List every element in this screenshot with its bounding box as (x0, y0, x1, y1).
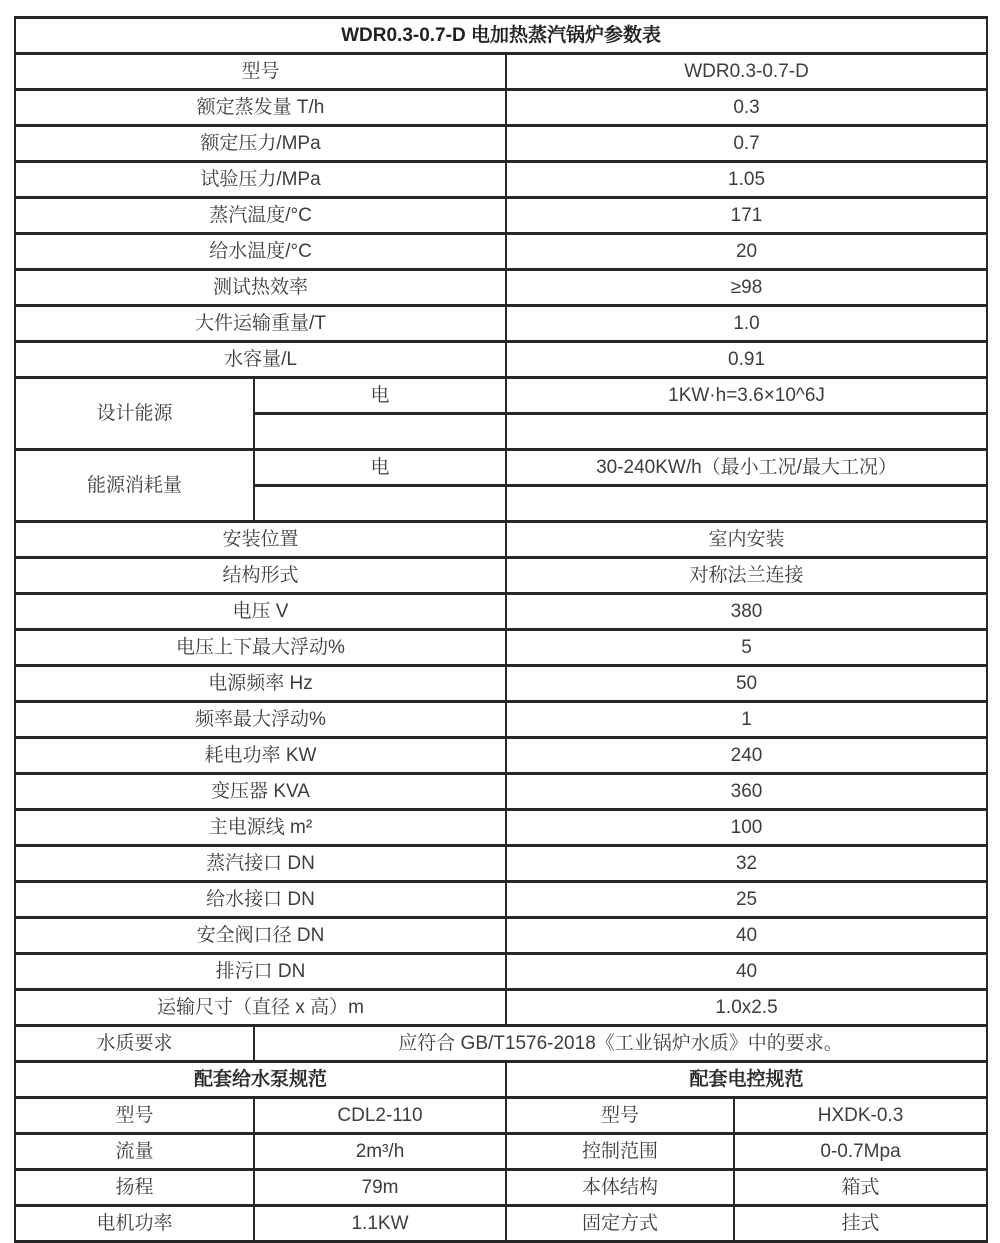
param-row: 蒸汽温度/°C 171 (15, 198, 987, 234)
param-row: 耗电功率 KW 240 (15, 738, 987, 774)
param-value: 20 (506, 234, 987, 270)
param-value: 1.05 (506, 162, 987, 198)
param-value: 40 (506, 954, 987, 990)
table-title-row: WDR0.3-0.7-D 电加热蒸汽锅炉参数表 (15, 18, 987, 54)
pump-spec-value: 1.1KW (254, 1206, 506, 1242)
param-label: 试验压力/MPa (15, 162, 506, 198)
param-row: 排污口 DN 40 (15, 954, 987, 990)
energy-value-empty (506, 414, 987, 450)
param-row: 电压 V 380 (15, 594, 987, 630)
param-value: 0.3 (506, 90, 987, 126)
param-label: 电源频率 Hz (15, 666, 506, 702)
param-row: 水容量/L 0.91 (15, 342, 987, 378)
param-row: 额定压力/MPa 0.7 (15, 126, 987, 162)
param-row: 安装位置 室内安装 (15, 522, 987, 558)
boiler-parameter-table: WDR0.3-0.7-D 电加热蒸汽锅炉参数表 型号 WDR0.3-0.7-D … (14, 16, 988, 1243)
param-label: 结构形式 (15, 558, 506, 594)
param-label: 排污口 DN (15, 954, 506, 990)
param-row: 给水温度/°C 20 (15, 234, 987, 270)
param-row: 蒸汽接口 DN 32 (15, 846, 987, 882)
param-label: 大件运输重量/T (15, 306, 506, 342)
param-row: 给水接口 DN 25 (15, 882, 987, 918)
param-row: 电压上下最大浮动% 5 (15, 630, 987, 666)
document-page: WDR0.3-0.7-D 电加热蒸汽锅炉参数表 型号 WDR0.3-0.7-D … (0, 0, 1000, 1190)
pump-spec-label: 扬程 (15, 1170, 254, 1206)
param-row: 大件运输重量/T 1.0 (15, 306, 987, 342)
energy-section-row: 设计能源 电 1KW·h=3.6×10^6J (15, 378, 987, 414)
param-row: 额定蒸发量 T/h 0.3 (15, 90, 987, 126)
param-value: ≥98 (506, 270, 987, 306)
param-row: 主电源线 m² 100 (15, 810, 987, 846)
param-label: 蒸汽温度/°C (15, 198, 506, 234)
param-label: 运输尺寸（直径 x 高）m (15, 990, 506, 1026)
param-label: 主电源线 m² (15, 810, 506, 846)
param-label: 型号 (15, 54, 506, 90)
water-quality-row: 水质要求 应符合 GB/T1576-2018《工业锅炉水质》中的要求。 (15, 1026, 987, 1062)
param-value: WDR0.3-0.7-D (506, 54, 987, 90)
param-value: 32 (506, 846, 987, 882)
param-value: 380 (506, 594, 987, 630)
param-label: 变压器 KVA (15, 774, 506, 810)
param-value: 171 (506, 198, 987, 234)
param-value: 240 (506, 738, 987, 774)
accessories-row: 扬程 79m 本体结构 箱式 (15, 1170, 987, 1206)
param-value: 100 (506, 810, 987, 846)
energy-section-label: 能源消耗量 (15, 450, 254, 522)
energy-value: 1KW·h=3.6×10^6J (506, 378, 987, 414)
param-label: 电压上下最大浮动% (15, 630, 506, 666)
energy-value-empty (506, 486, 987, 522)
param-row: 测试热效率 ≥98 (15, 270, 987, 306)
accessories-row: 流量 2m³/h 控制范围 0-0.7Mpa (15, 1134, 987, 1170)
accessories-header-row: 配套给水泵规范 配套电控规范 (15, 1062, 987, 1098)
param-value: 1.0x2.5 (506, 990, 987, 1026)
control-spec-header: 配套电控规范 (506, 1062, 987, 1098)
pump-spec-label: 流量 (15, 1134, 254, 1170)
param-label: 额定蒸发量 T/h (15, 90, 506, 126)
energy-type-cell: 电 (254, 378, 506, 414)
param-value: 25 (506, 882, 987, 918)
energy-section-label: 设计能源 (15, 378, 254, 450)
param-row: 试验压力/MPa 1.05 (15, 162, 987, 198)
param-row: 型号 WDR0.3-0.7-D (15, 54, 987, 90)
water-quality-label: 水质要求 (15, 1026, 254, 1062)
param-label: 水容量/L (15, 342, 506, 378)
param-label: 电压 V (15, 594, 506, 630)
param-value: 室内安装 (506, 522, 987, 558)
control-spec-value: 挂式 (734, 1206, 987, 1242)
param-row: 电源频率 Hz 50 (15, 666, 987, 702)
pump-spec-label: 型号 (15, 1098, 254, 1134)
param-value: 1.0 (506, 306, 987, 342)
control-spec-label: 固定方式 (506, 1206, 734, 1242)
control-spec-value: 0-0.7Mpa (734, 1134, 987, 1170)
param-label: 安全阀口径 DN (15, 918, 506, 954)
pump-spec-value: 2m³/h (254, 1134, 506, 1170)
param-label: 额定压力/MPa (15, 126, 506, 162)
accessories-row: 电机功率 1.1KW 固定方式 挂式 (15, 1206, 987, 1242)
param-value: 1 (506, 702, 987, 738)
water-quality-value: 应符合 GB/T1576-2018《工业锅炉水质》中的要求。 (254, 1026, 987, 1062)
param-value: 5 (506, 630, 987, 666)
pump-spec-value: 79m (254, 1170, 506, 1206)
table-title: WDR0.3-0.7-D 电加热蒸汽锅炉参数表 (15, 18, 987, 54)
pump-spec-header: 配套给水泵规范 (15, 1062, 506, 1098)
control-spec-label: 控制范围 (506, 1134, 734, 1170)
pump-spec-label: 电机功率 (15, 1206, 254, 1242)
param-row: 运输尺寸（直径 x 高）m 1.0x2.5 (15, 990, 987, 1026)
param-label: 给水温度/°C (15, 234, 506, 270)
param-value: 对称法兰连接 (506, 558, 987, 594)
param-row: 安全阀口径 DN 40 (15, 918, 987, 954)
param-value: 360 (506, 774, 987, 810)
param-row: 变压器 KVA 360 (15, 774, 987, 810)
energy-type-cell-empty (254, 414, 506, 450)
accessories-row: 型号 CDL2-110 型号 HXDK-0.3 (15, 1098, 987, 1134)
energy-section-row: 能源消耗量 电 30-240KW/h（最小工况/最大工况） (15, 450, 987, 486)
control-spec-label: 型号 (506, 1098, 734, 1134)
param-label: 给水接口 DN (15, 882, 506, 918)
energy-type-cell-empty (254, 486, 506, 522)
pump-spec-value: CDL2-110 (254, 1098, 506, 1134)
control-spec-label: 本体结构 (506, 1170, 734, 1206)
param-label: 耗电功率 KW (15, 738, 506, 774)
param-value: 0.91 (506, 342, 987, 378)
param-label: 蒸汽接口 DN (15, 846, 506, 882)
param-label: 安装位置 (15, 522, 506, 558)
param-row: 结构形式 对称法兰连接 (15, 558, 987, 594)
control-spec-value: 箱式 (734, 1170, 987, 1206)
param-value: 40 (506, 918, 987, 954)
param-label: 测试热效率 (15, 270, 506, 306)
energy-value: 30-240KW/h（最小工况/最大工况） (506, 450, 987, 486)
param-label: 频率最大浮动% (15, 702, 506, 738)
control-spec-value: HXDK-0.3 (734, 1098, 987, 1134)
param-value: 0.7 (506, 126, 987, 162)
param-row: 频率最大浮动% 1 (15, 702, 987, 738)
energy-type-cell: 电 (254, 450, 506, 486)
param-value: 50 (506, 666, 987, 702)
